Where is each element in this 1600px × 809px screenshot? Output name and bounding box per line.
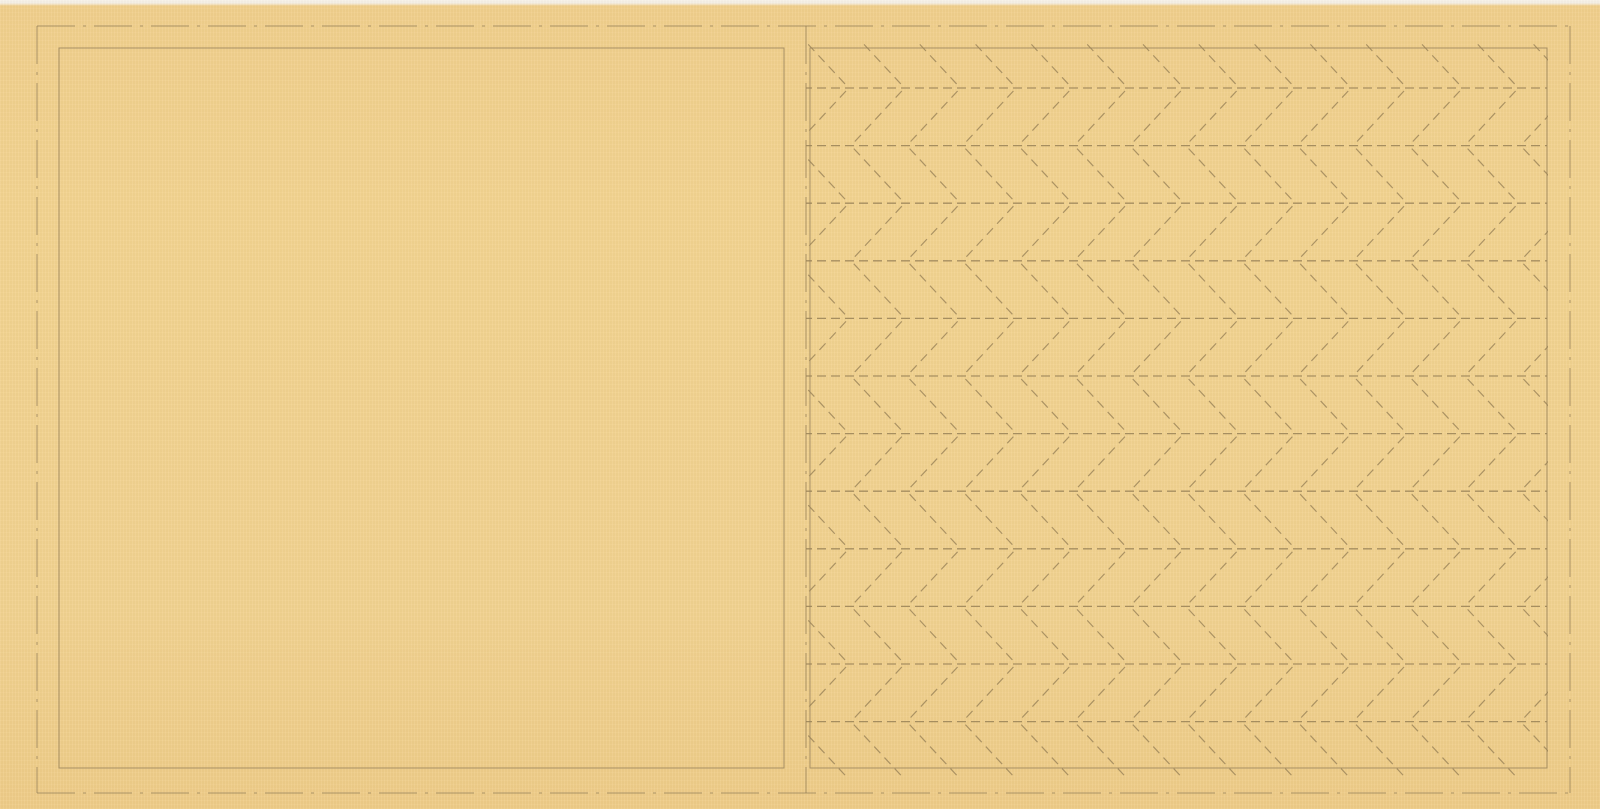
right-panel-border (810, 48, 1547, 768)
left-panel-border (59, 48, 784, 768)
outer-cut-line (37, 26, 1570, 793)
fabric-photo (0, 0, 1600, 809)
stitch-pattern-drawing (0, 0, 1600, 809)
diagonal-chevron-stitch-lines (742, 33, 1600, 776)
